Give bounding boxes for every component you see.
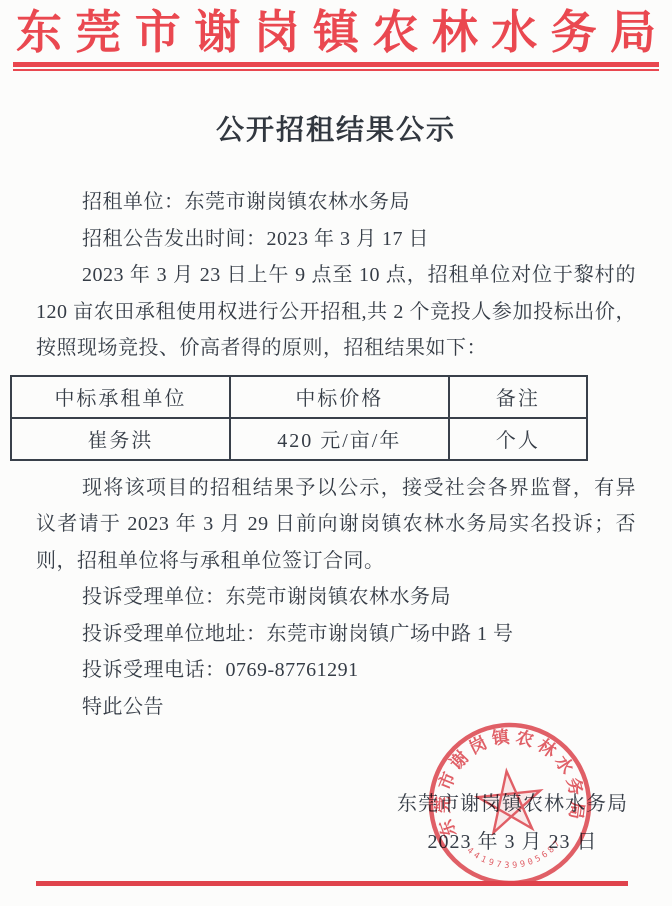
signature-agency: 东莞市谢岗镇农林水务局 (397, 785, 628, 823)
signature-date: 2023 年 3 月 23 日 (397, 823, 628, 861)
body-line: 投诉受理单位：东莞市谢岗镇农林水务局 (36, 579, 636, 616)
body-line: 现将该项目的招租结果予以公示，接受社会各界监督，有异 (36, 470, 636, 507)
document-title: 公开招租结果公示 (0, 115, 672, 146)
footer-rule (36, 881, 628, 886)
body-line: 特此公告 (36, 689, 636, 726)
body-line: 招租单位：东莞市谢岗镇农林水务局 (36, 184, 636, 221)
letterhead-agency-name: 东莞市谢岗镇农林水务局 (16, 8, 656, 58)
body-line: 投诉受理电话：0769-87761291 (36, 652, 636, 689)
table-cell-price: 420 元/亩/年 (230, 418, 449, 460)
table-header-price: 中标价格 (230, 376, 449, 418)
body-line: 招租公告发出时间：2023 年 3 月 17 日 (36, 221, 636, 258)
table-header-winner: 中标承租单位 (11, 376, 230, 418)
body-line: 120 亩农田承租使用权进行公开招租,共 2 个竞投人参加投标出价， (36, 294, 636, 331)
body-line: 2023 年 3 月 23 日上午 9 点至 10 点，招租单位对位于黎村的 (36, 257, 636, 294)
signature-block: 东莞市谢岗镇农林水务局 2023 年 3 月 23 日 (397, 785, 628, 861)
body-line: 按照现场竞投、价高者得的原则，招租结果如下： (36, 330, 636, 367)
table-header-row: 中标承租单位 中标价格 备注 (11, 376, 587, 418)
table-cell-remark: 个人 (449, 418, 587, 460)
table-cell-winner: 崔务洪 (11, 418, 230, 460)
body-line: 则，招租单位将与承租单位签订合同。 (36, 543, 636, 580)
body-paragraphs-top: 招租单位：东莞市谢岗镇农林水务局 招租公告发出时间：2023 年 3 月 17 … (36, 184, 636, 367)
body-line: 议者请于 2023 年 3 月 29 日前向谢岗镇农林水务局实名投诉；否 (36, 506, 636, 543)
document-page: 东莞市谢岗镇农林水务局 公开招租结果公示 招租单位：东莞市谢岗镇农林水务局 招租… (0, 0, 672, 906)
body-paragraphs-bottom: 现将该项目的招租结果予以公示，接受社会各界监督，有异 议者请于 2023 年 3… (36, 470, 636, 726)
table-row: 崔务洪 420 元/亩/年 个人 (11, 418, 587, 460)
result-table: 中标承租单位 中标价格 备注 崔务洪 420 元/亩/年 个人 (10, 375, 588, 461)
body-line: 投诉受理单位地址：东莞市谢岗镇广场中路 1 号 (36, 616, 636, 653)
table-header-remark: 备注 (449, 376, 587, 418)
letterhead-rule-thin (13, 69, 659, 71)
letterhead-rule-thick (13, 62, 659, 67)
